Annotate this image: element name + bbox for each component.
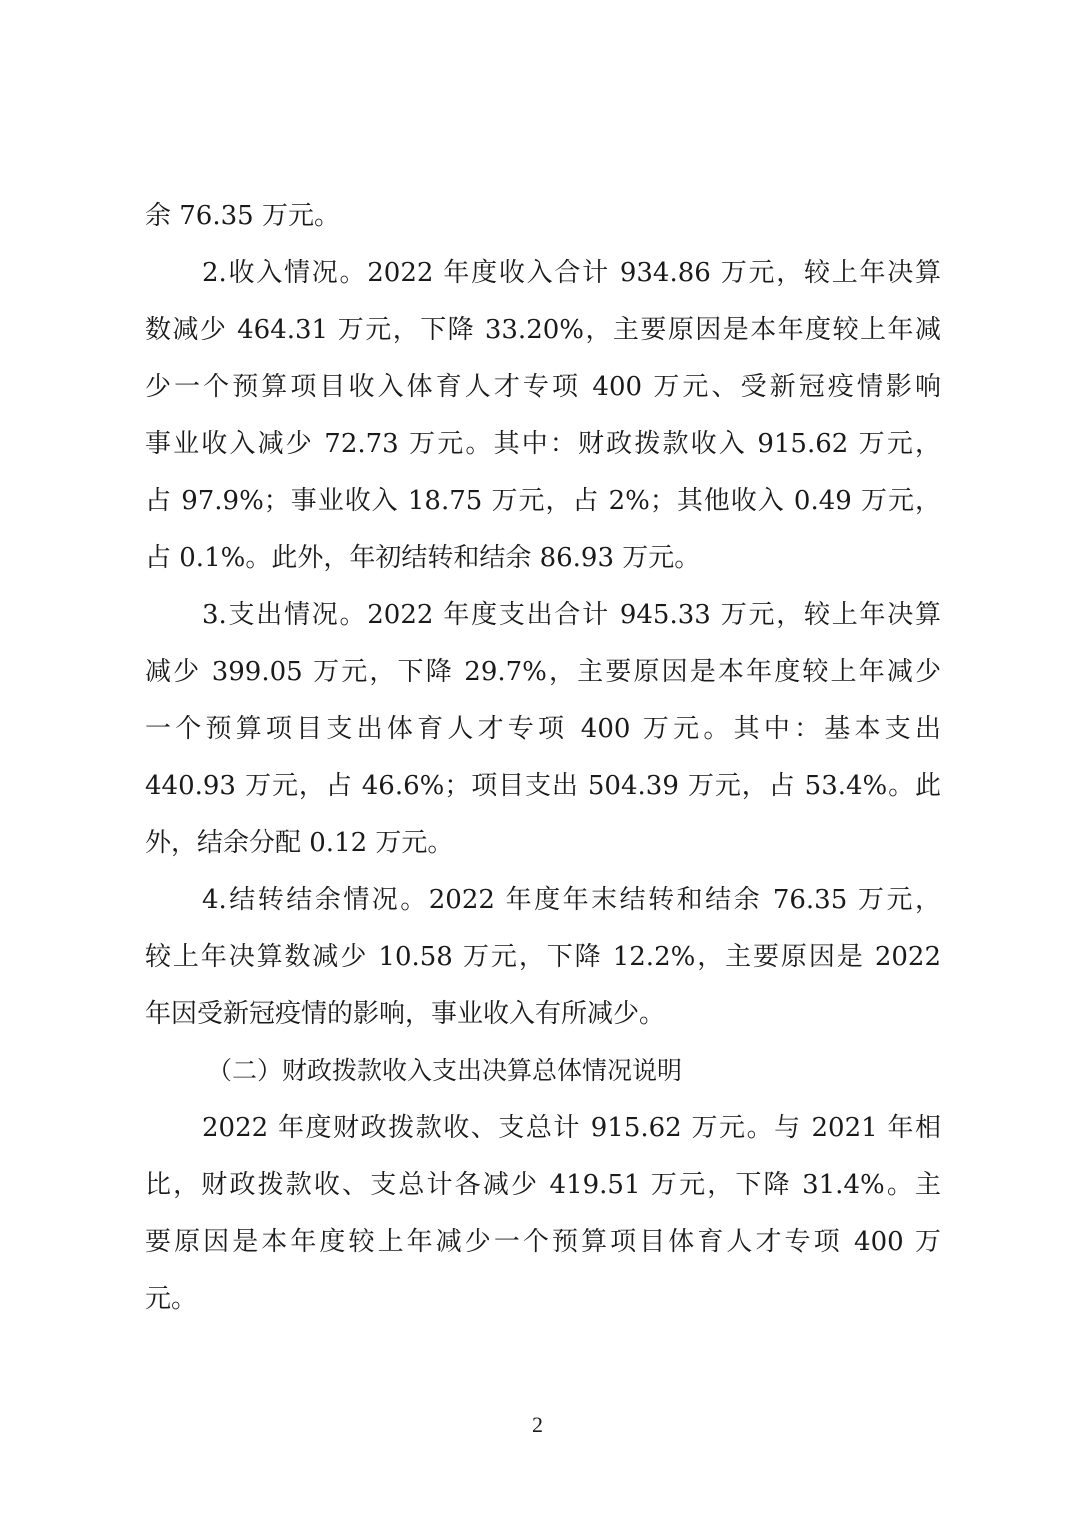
income-paragraph-line: 事业收入减少 72.73 万元。其中：财政拨款收入 915.62 万元， [145,424,941,464]
fiscal-paragraph-line: 元。 [145,1279,941,1319]
expenditure-paragraph-line: 440.93 万元，占 46.6%；项目支出 504.39 万元，占 53.4%… [145,766,941,806]
expenditure-paragraph-line: 减少 399.05 万元，下降 29.7%，主要原因是本年度较上年减少 [145,652,941,692]
carryover-paragraph-line: 较上年决算数减少 10.58 万元，下降 12.2%，主要原因是 2022 [145,937,941,977]
fiscal-paragraph-line: 比，财政拨款收、支总计各减少 419.51 万元，下降 31.4%。主 [145,1165,941,1205]
expenditure-paragraph-line: 外，结余分配 0.12 万元。 [145,823,941,863]
income-paragraph-line: 数减少 464.31 万元，下降 33.20%，主要原因是本年度较上年减 [145,310,941,350]
fiscal-paragraph-line: 2022 年度财政拨款收、支总计 915.62 万元。与 2021 年相 [145,1108,941,1148]
income-paragraph-line: 少一个预算项目收入体育人才专项 400 万元、受新冠疫情影响 [145,367,941,407]
carryover-paragraph-line: 年因受新冠疫情的影响，事业收入有所减少。 [145,994,941,1034]
section-heading: （二）财政拨款收入支出决算总体情况说明 [145,1051,941,1091]
income-paragraph-line: 占 0.1%。此外，年初结转和结余 86.93 万元。 [145,538,941,578]
income-paragraph-line: 占 97.9%；事业收入 18.75 万元，占 2%；其他收入 0.49 万元， [145,481,941,521]
paragraph-line: 余 76.35 万元。 [145,196,941,236]
income-paragraph-line: 2.收入情况。2022 年度收入合计 934.86 万元，较上年决算 [145,253,941,293]
expenditure-paragraph-line: 一个预算项目支出体育人才专项 400 万元。其中：基本支出 [145,709,941,749]
expenditure-paragraph-line: 3.支出情况。2022 年度支出合计 945.33 万元，较上年决算 [145,595,941,635]
fiscal-paragraph-line: 要原因是本年度较上年减少一个预算项目体育人才专项 400 万 [145,1222,941,1262]
carryover-paragraph-line: 4.结转结余情况。2022 年度年末结转和结余 76.35 万元， [145,880,941,920]
page-number: 2 [0,1412,1075,1438]
